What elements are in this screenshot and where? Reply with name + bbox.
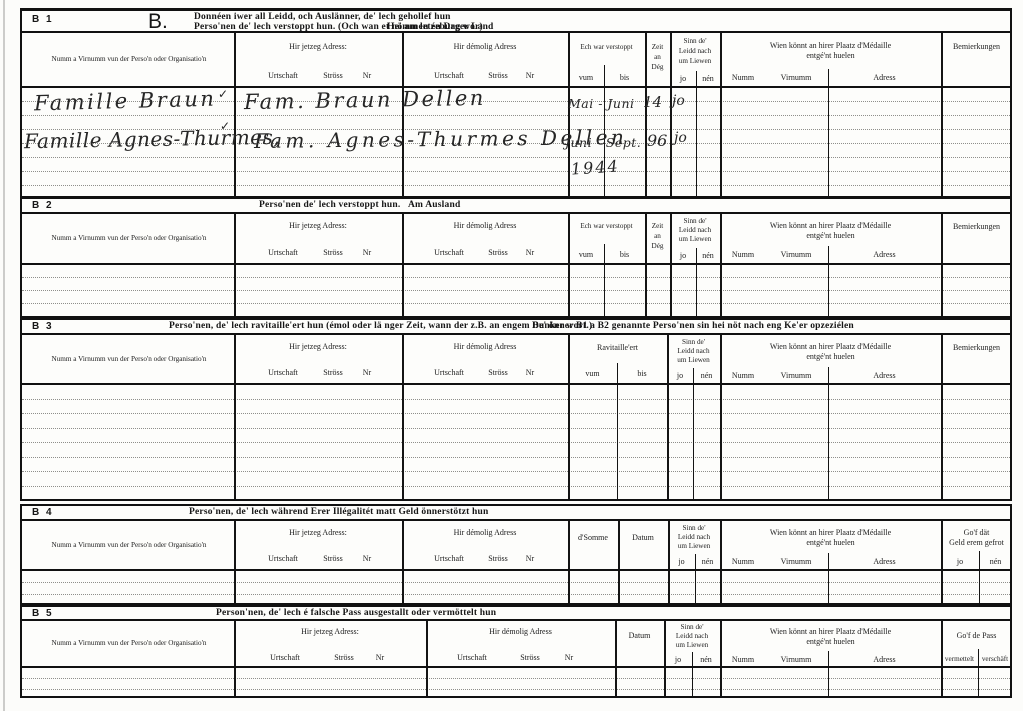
col-bemierkungen: Bemierkungen [941, 42, 1012, 52]
sub-divider [979, 571, 980, 603]
col-stross: Ströss [507, 653, 553, 663]
sub-divider [828, 367, 829, 383]
section-title-line2-right: Hei am letzeburger Land [387, 22, 494, 32]
column-divider [568, 571, 570, 603]
col-numm: Numm [722, 73, 764, 83]
col-jo: jo [670, 74, 696, 84]
sub-divider [696, 265, 697, 316]
column-divider [234, 521, 236, 569]
col-adress: Adress [828, 73, 941, 83]
scan-edge-artifact [3, 0, 5, 711]
sub-divider [617, 363, 618, 383]
col-sinn-2: Leidd nach [670, 47, 720, 56]
dotted-row [22, 304, 1010, 316]
section-b2-rows [22, 265, 1010, 316]
column-divider [670, 265, 672, 316]
column-divider [402, 385, 404, 499]
col-jetzeg-adress: Hir jetzeg Adress: [234, 42, 402, 52]
col-wien-2: entgé'nt huelen [720, 51, 941, 61]
col-wien-1: Wien könnt an hirer Plaatz d'Médaille [720, 221, 941, 231]
col-urtschaft: Urtschaft [414, 554, 484, 564]
sub-divider [695, 554, 696, 569]
col-bis: bis [617, 369, 667, 379]
column-divider [941, 668, 943, 696]
col-sinn-1: Sinn de' [664, 623, 720, 632]
dotted-row [22, 595, 1010, 603]
col-demolig-adress: Hir démolig Adress [426, 627, 615, 637]
column-divider [941, 33, 943, 86]
section-id: B 3 [32, 321, 54, 332]
column-divider [670, 33, 672, 86]
col-adress: Adress [828, 371, 941, 381]
sub-divider [828, 668, 829, 696]
column-divider [402, 335, 404, 383]
section-b3: B 3 Perso'nen, de' lech ravitaille'ert h… [20, 318, 1012, 501]
col-virnumm: Virnumm [770, 250, 822, 260]
col-zeit-3: Dég [645, 63, 670, 72]
column-divider [720, 88, 722, 197]
column-divider [941, 214, 943, 263]
column-divider [941, 265, 943, 316]
section-title-2: De' önner B1 a B2 genannte Perso'nen sin… [532, 321, 854, 331]
section-b2-header: Numm a Virnumm vun der Perso'n oder Orga… [22, 214, 1010, 265]
col-wien-1: Wien könnt an hirer Plaatz d'Médaille [720, 627, 941, 637]
column-divider [568, 335, 570, 383]
col-name: Numm a Virnumm vun der Perso'n oder Orga… [36, 639, 222, 648]
col-wien-1: Wien könnt an hirer Plaatz d'Médaille [720, 528, 941, 538]
col-sinn-2: Leidd nach [670, 226, 720, 235]
col-name: Numm a Virnumm vun der Perso'n oder Orga… [36, 55, 222, 64]
section-b2-titlebar: B 2 Perso'nen de' lech verstoppt hun. Am… [22, 199, 1010, 214]
col-nr: Nr [517, 554, 543, 564]
col-nen: nén [696, 251, 720, 261]
sub-divider [696, 71, 697, 86]
col-stross: Ströss [475, 248, 521, 258]
section-title-right: Am Ausland [408, 200, 460, 210]
dotted-row [22, 668, 1010, 679]
column-divider [667, 385, 669, 499]
col-wien-1: Wien könnt an hirer Plaatz d'Médaille [720, 342, 941, 352]
col-nen: nén [696, 74, 720, 84]
col-bis: bis [604, 73, 645, 83]
handwritten-alive: jo [674, 131, 687, 145]
col-numm: Numm [722, 250, 764, 260]
col-wien-2: entgé'nt huelen [720, 538, 941, 548]
col-zeit-1: Zeit [645, 222, 670, 231]
col-sinn-3: um Liewen [668, 542, 720, 551]
col-zeit-2: an [645, 232, 670, 241]
handwritten-address: Fam. Braun Dellen [244, 88, 486, 113]
column-divider [720, 385, 722, 499]
col-name: Numm a Virnumm vun der Perso'n oder Orga… [36, 355, 222, 364]
col-wien-2: entgé'nt huelen [720, 231, 941, 241]
col-sinn-1: Sinn de' [670, 217, 720, 226]
col-zeit-1: Zeit [645, 43, 670, 52]
col-stross: Ströss [475, 368, 521, 378]
column-divider [234, 265, 236, 316]
col-virnumm: Virnumm [770, 73, 822, 83]
col-adress: Adress [828, 557, 941, 567]
col-sinn-1: Sinn de' [667, 338, 720, 347]
col-sinn-1: Sinn de' [670, 37, 720, 46]
col-urtschaft: Urtschaft [437, 653, 507, 663]
column-divider [234, 335, 236, 383]
sub-divider [692, 668, 693, 696]
col-stross: Ströss [475, 554, 521, 564]
sub-divider [604, 244, 605, 263]
dotted-row [22, 186, 1010, 197]
column-divider [615, 621, 617, 666]
column-divider [941, 88, 943, 197]
column-divider [941, 571, 943, 603]
section-id: B 4 [32, 507, 54, 518]
col-demolig-adress: Hir démolig Adress [402, 42, 568, 52]
col-ravitailleert: Ravitaille'ert [568, 343, 667, 353]
section-title: Perso'nen, de' lech während Erer Illégal… [189, 507, 489, 517]
column-divider [426, 621, 428, 666]
column-divider [720, 621, 722, 666]
column-divider [234, 385, 236, 499]
handwritten-name: Famille Braun [34, 89, 217, 115]
column-divider [668, 521, 670, 569]
col-vum: vum [568, 250, 604, 260]
column-divider [618, 521, 620, 569]
column-divider [941, 385, 943, 499]
col-vum: vum [568, 73, 604, 83]
col-vum: vum [568, 369, 617, 379]
sub-divider [978, 668, 979, 696]
col-zeit-2: an [645, 53, 670, 62]
col-datum: Datum [615, 631, 664, 641]
column-divider [568, 521, 570, 569]
section-title: Perso'nen de' lech verstoppt hun. [259, 200, 400, 210]
sub-divider [828, 265, 829, 316]
column-divider [720, 335, 722, 383]
col-urtschaft: Urtschaft [248, 554, 318, 564]
sub-divider [828, 246, 829, 263]
col-jetzeg-adress: Hir jetzeg Adress: [234, 627, 426, 637]
handwritten-checkmark: ✓ [220, 119, 230, 133]
sub-divider [828, 88, 829, 197]
column-divider [568, 214, 570, 263]
section-b4-rows [22, 571, 1010, 603]
column-divider [667, 335, 669, 383]
col-stross: Ströss [310, 368, 356, 378]
column-divider [568, 385, 570, 499]
section-title-line1: Donnéen iwer all Leidd, och Auslänner, d… [194, 12, 451, 22]
col-bemierkungen: Bemierkungen [941, 343, 1012, 353]
dotted-row [22, 172, 1010, 186]
col-somme: d'Somme [568, 533, 618, 543]
dotted-row [22, 472, 1010, 487]
section-title: Person'nen, de' lech é falsche Pass ausg… [216, 608, 496, 618]
column-divider [402, 33, 404, 86]
col-jetzeg-adress: Hir jetzeg Adress: [234, 528, 402, 538]
col-verschaft: verschäft [978, 655, 1012, 664]
dotted-row [22, 385, 1010, 400]
col-urtschaft: Urtschaft [414, 368, 484, 378]
col-stross: Ströss [310, 71, 356, 81]
column-divider [720, 521, 722, 569]
col-adress: Adress [828, 655, 941, 665]
column-divider [234, 214, 236, 263]
col-sinn-3: um Liewen [664, 641, 720, 650]
sub-divider [828, 69, 829, 86]
col-nen: nén [979, 557, 1012, 567]
column-divider [234, 621, 236, 666]
scanned-form-page: B 1 B. Donnéen iwer all Leidd, och Auslä… [0, 0, 1023, 711]
col-urtschaft: Urtschaft [248, 71, 318, 81]
section-b2: B 2 Perso'nen de' lech verstoppt hun. Am… [20, 197, 1012, 318]
col-sinn-2: Leidd nach [667, 347, 720, 356]
col-datum: Datum [618, 533, 668, 543]
col-sinn-1: Sinn de' [668, 524, 720, 533]
col-nen: nén [693, 371, 720, 381]
handwritten-alive: jo [672, 94, 685, 108]
col-name: Numm a Virnumm vun der Perso'n oder Orga… [36, 541, 222, 550]
col-nr: Nr [367, 653, 393, 663]
column-divider [645, 33, 647, 86]
col-nr: Nr [354, 554, 380, 564]
handwritten-period: Mai - Juni [568, 98, 635, 111]
sub-divider [828, 553, 829, 569]
col-zeit-3: Dég [645, 242, 670, 251]
column-divider [941, 335, 943, 383]
col-virnumm: Virnumm [770, 371, 822, 381]
col-wien-2: entgé'nt huelen [720, 352, 941, 362]
section-id: B 1 [32, 14, 54, 25]
column-divider [670, 214, 672, 263]
col-nr: Nr [517, 368, 543, 378]
col-numm: Numm [722, 557, 764, 567]
sub-divider [696, 248, 697, 263]
sub-divider [696, 88, 697, 197]
col-stross: Ströss [310, 554, 356, 564]
col-stross: Ströss [310, 248, 356, 258]
col-gof-pass: Go'f de Pass [941, 631, 1012, 641]
section-b4: B 4 Perso'nen, de' lech während Erer Ill… [20, 504, 1012, 605]
column-divider [402, 214, 404, 263]
section-b4-titlebar: B 4 Perso'nen, de' lech während Erer Ill… [22, 506, 1010, 521]
col-sinn-2: Leidd nach [668, 533, 720, 542]
col-nr: Nr [556, 653, 582, 663]
section-b1-titlebar: B 1 B. Donnéen iwer all Leidd, och Auslä… [22, 11, 1010, 33]
col-bemierkungen: Bemierkungen [941, 222, 1012, 232]
dotted-row [22, 414, 1010, 429]
handwritten-name: Famille Agnes-Thurmes, [24, 127, 280, 151]
dotted-row [22, 429, 1010, 444]
col-sinn-2: Leidd nach [664, 632, 720, 641]
col-nr: Nr [517, 248, 543, 258]
column-divider [234, 668, 236, 696]
sub-divider [604, 65, 605, 86]
section-title: Perso'nen, de' lech ravitaille'ert hun (… [169, 321, 592, 331]
col-jo: jo [941, 557, 979, 567]
handwritten-checkmark: ✓ [218, 88, 228, 101]
handwritten-year: 1944 [571, 158, 621, 177]
sub-divider [979, 551, 980, 569]
column-divider [645, 214, 647, 263]
col-virnumm: Virnumm [770, 655, 822, 665]
dotted-row [22, 158, 1010, 172]
section-b5-header: Numm a Virnumm vun der Perso'n oder Orga… [22, 621, 1010, 668]
dotted-row [22, 443, 1010, 458]
column-divider [941, 621, 943, 666]
col-wien-2: entgé'nt huelen [720, 637, 941, 647]
col-virnumm: Virnumm [770, 557, 822, 567]
dotted-row [22, 458, 1010, 473]
dotted-row [22, 690, 1010, 696]
section-b3-titlebar: B 3 Perso'nen, de' lech ravitaille'ert h… [22, 320, 1010, 335]
section-b5-rows [22, 668, 1010, 696]
col-name: Numm a Virnumm vun der Perso'n oder Orga… [36, 234, 222, 243]
col-urtschaft: Urtschaft [414, 248, 484, 258]
col-jo: jo [670, 251, 696, 261]
col-sinn-3: um Liewen [667, 356, 720, 365]
dotted-row [22, 278, 1010, 291]
col-demolig-adress: Hir démolig Adress [402, 528, 568, 538]
col-jo: jo [667, 371, 693, 381]
col-sinn-3: um Liewen [670, 57, 720, 66]
column-divider [402, 571, 404, 603]
sub-divider [695, 571, 696, 603]
column-divider [402, 521, 404, 569]
col-jetzeg-adress: Hir jetzeg Adress: [234, 342, 402, 352]
sub-divider [828, 385, 829, 499]
column-divider [720, 668, 722, 696]
column-divider [618, 571, 620, 603]
col-demolig-adress: Hir démolig Adress [402, 342, 568, 352]
sub-divider [828, 651, 829, 666]
section-big-letter: B. [148, 11, 168, 32]
sub-divider [828, 571, 829, 603]
column-divider [664, 668, 666, 696]
section-b5: B 5 Person'nen, de' lech é falsche Pass … [20, 605, 1012, 698]
col-gof-geld-2: Geld erem gefrot [941, 538, 1012, 548]
dotted-row [22, 571, 1010, 583]
col-demolig-adress: Hir démolig Adress [402, 221, 568, 231]
col-nr: Nr [354, 248, 380, 258]
column-divider [664, 621, 666, 666]
section-b4-header: Numm a Virnumm vun der Perso'n oder Orga… [22, 521, 1010, 571]
column-divider [941, 521, 943, 569]
dotted-row [22, 265, 1010, 278]
col-wien-1: Wien könnt an hirer Plaatz d'Médaille [720, 41, 941, 51]
sub-divider [693, 368, 694, 383]
column-divider [720, 214, 722, 263]
col-stross: Ströss [321, 653, 367, 663]
col-urtschaft: Urtschaft [248, 368, 318, 378]
col-numm: Numm [722, 371, 764, 381]
section-id: B 5 [32, 608, 54, 619]
col-gof-geld-1: Go'f dät [941, 528, 1012, 538]
column-divider [720, 571, 722, 603]
section-id: B 2 [32, 200, 54, 211]
column-divider [615, 668, 617, 696]
section-b5-titlebar: B 5 Person'nen, de' lech é falsche Pass … [22, 607, 1010, 621]
column-divider [645, 265, 647, 316]
column-divider [720, 33, 722, 86]
section-b3-header: Numm a Virnumm vun der Perso'n oder Orga… [22, 335, 1010, 385]
col-vermettelt: vermettelt [941, 655, 978, 664]
col-nr: Nr [517, 71, 543, 81]
sub-divider [978, 649, 979, 666]
column-divider [402, 265, 404, 316]
column-divider [426, 668, 428, 696]
section-b1-header: Numm a Virnumm vun der Perso'n oder Orga… [22, 33, 1010, 88]
dotted-row [22, 291, 1010, 304]
sub-divider [693, 385, 694, 499]
col-nen: nén [695, 557, 720, 567]
sub-divider [604, 265, 605, 316]
dotted-row [22, 583, 1010, 595]
col-jetzeg-adress: Hir jetzeg Adress: [234, 221, 402, 231]
section-b1: B 1 B. Donnéen iwer all Leidd, och Auslä… [20, 8, 1012, 198]
column-divider [234, 571, 236, 603]
col-nr: Nr [354, 368, 380, 378]
column-divider [568, 265, 570, 316]
handwritten-period: Juni - Sept. [565, 137, 641, 150]
sub-divider [692, 652, 693, 666]
column-divider [720, 265, 722, 316]
handwritten-days: 96 [647, 133, 667, 149]
col-urtschaft: Urtschaft [250, 653, 320, 663]
col-nr: Nr [354, 71, 380, 81]
section-b1-rows: Famille Braun ✓ Fam. Braun Dellen Mai - … [22, 88, 1010, 197]
column-divider [234, 33, 236, 86]
sub-divider [617, 385, 618, 499]
col-jo: jo [664, 655, 692, 665]
col-sinn-3: um Liewen [670, 235, 720, 244]
section-b3-rows [22, 385, 1010, 499]
col-numm: Numm [722, 655, 764, 665]
col-adress: Adress [828, 250, 941, 260]
col-nen: nén [692, 655, 720, 665]
dotted-row [22, 400, 1010, 415]
column-divider [568, 33, 570, 86]
col-urtschaft: Urtschaft [248, 248, 318, 258]
dotted-row [22, 487, 1010, 500]
col-verstoppt: Ech war verstoppt [568, 43, 645, 52]
col-stross: Ströss [475, 71, 521, 81]
handwritten-days: 14 [643, 95, 662, 110]
col-jo: jo [668, 557, 695, 567]
col-bis: bis [604, 250, 645, 260]
column-divider [668, 571, 670, 603]
dotted-row [22, 679, 1010, 690]
col-verstoppt: Ech war verstoppt [568, 222, 645, 231]
col-urtschaft: Urtschaft [414, 71, 484, 81]
